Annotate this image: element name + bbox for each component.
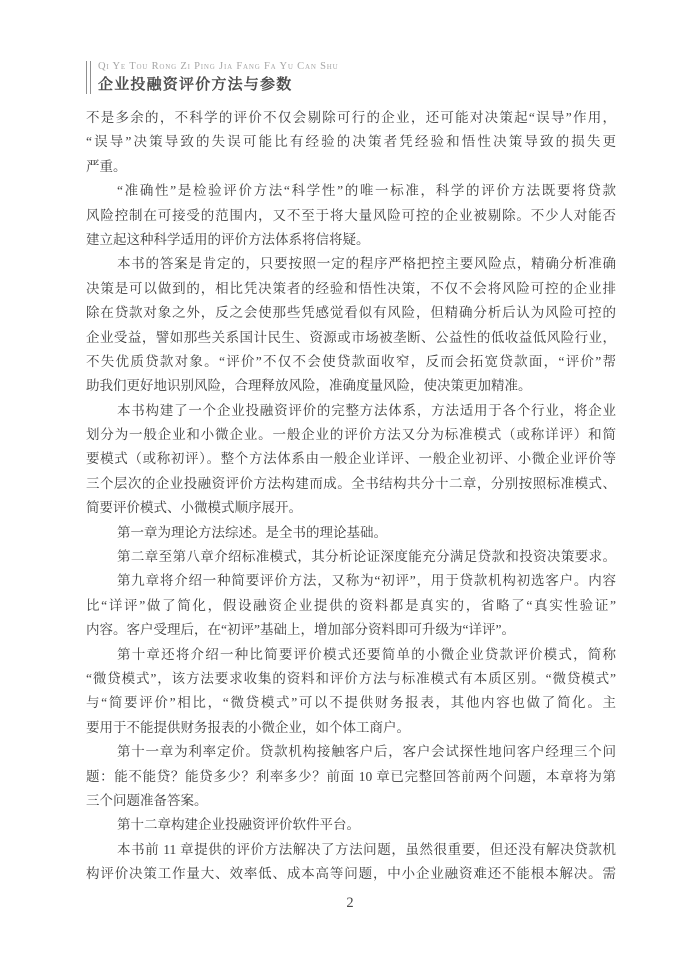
paragraph: 第一章为理论方法综述。是全书的理论基础。 [86,521,616,545]
text-line: 三个问题准备答案。 [86,789,616,813]
paragraph: “准确性”是检验评价方法“科学性”的唯一标准，科学的评价方法既要将贷款 风险控制… [86,179,616,252]
page-number: 2 [0,892,700,914]
text-line: 不是多余的，不科学的评价不仅会剔除可行的企业，还可能对决策起“误导”作用， [86,106,616,130]
text-line: “微贷模式”，该方法要求收集的资料和评价方法与标准模式有本质区别。“微贷模式” [86,667,616,691]
text-line: 第十一章为利率定价。贷款机构接触客户后，客户会试探性地问客户经理三个问 [86,740,616,764]
book-title: 企业投融资评价方法与参数 [98,75,338,94]
text-line: 内容。客户受理后，在“初评”基础上，增加部分资料即可升级为“详评”。 [86,618,616,642]
text-line: 第二章至第八章介绍标准模式，其分析论证深度能充分满足贷款和投资决策要求。 [86,545,616,569]
paragraph: 不是多余的，不科学的评价不仅会剔除可行的企业，还可能对决策起“误导”作用， “误… [86,106,616,179]
paragraph: 本书前 11 章提供的评价方法解决了方法问题，虽然很重要，但还没有解决贷款机 构… [86,838,616,887]
text-line: 企业受益，譬如那些关系国计民生、资源或市场被垄断、公益性的低收益低风险行业， [86,326,616,350]
text-line: 本书前 11 章提供的评价方法解决了方法问题，虽然很重要，但还没有解决贷款机 [86,838,616,862]
book-page: Qi Ye Tou Rong Zi Ping Jia Fang Fa Yu Ca… [0,0,700,979]
text-line: 本书的答案是肯定的，只要按照一定的程序严格把控主要风险点，精确分析准确 [86,252,616,276]
text-line: 构评价决策工作量大、效率低、成本高等问题，中小企业融资难还不能根本解决。需 [86,862,616,886]
text-line: 划分为一般企业和小微企业。一般企业的评价方法又分为标准模式（或称详评）和简 [86,423,616,447]
text-line: 与“简要评价”相比，“微贷模式”可以不提供财务报表，其他内容也做了简化。主 [86,691,616,715]
text-line: 题：能不能贷？能贷多少？利率多少？前面 10 章已完整回答前两个问题，本章将为第 [86,765,616,789]
series-pinyin: Qi Ye Tou Rong Zi Ping Jia Fang Fa Yu Ca… [98,61,338,73]
text-line: 要模式（或称初评）。整个方法体系由一般企业详评、一般企业初评、小微企业评价等 [86,447,616,471]
text-line: 第十章还将介绍一种比简要评价模式还要简单的小微企业贷款评价模式，简称 [86,643,616,667]
text-line: 本书构建了一个企业投融资评价的完整方法体系，方法适用于各个行业，将企业 [86,399,616,423]
text-line: 风险控制在可接受的范围内，又不至于将大量风险可控的企业被剔除。不少人对能否 [86,204,616,228]
text-line: 决策是可以做到的，相比凭决策者的经验和悟性决策，不仅不会将风险可控的企业排 [86,277,616,301]
page-body: 不是多余的，不科学的评价不仅会剔除可行的企业，还可能对决策起“误导”作用， “误… [86,106,616,887]
header-double-rule-icon [86,61,91,94]
paragraph: 第十二章构建企业投融资评价软件平台。 [86,813,616,837]
text-line: 第十二章构建企业投融资评价软件平台。 [86,813,616,837]
text-line: 比“详评”做了简化，假设融资企业提供的资料都是真实的，省略了“真实性验证” [86,594,616,618]
text-line: 助我们更好地识别风险，合理释放风险，准确度量风险，使决策更加精准。 [86,374,616,398]
text-line: 建立起这种科学适用的评价方法体系将信将疑。 [86,228,616,252]
text-line: 第九章将介绍一种简要评价方法，又称为“初评”，用于贷款机构初选客户。内容 [86,569,616,593]
text-line: “准确性”是检验评价方法“科学性”的唯一标准，科学的评价方法既要将贷款 [86,179,616,203]
paragraph: 本书构建了一个企业投融资评价的完整方法体系，方法适用于各个行业，将企业 划分为一… [86,399,616,521]
paragraph: 第二章至第八章介绍标准模式，其分析论证深度能充分满足贷款和投资决策要求。 [86,545,616,569]
page-header: Qi Ye Tou Rong Zi Ping Jia Fang Fa Yu Ca… [86,61,338,94]
paragraph: 第十章还将介绍一种比简要评价模式还要简单的小微企业贷款评价模式，简称 “微贷模式… [86,643,616,741]
text-line: 简要评价模式、小微模式顺序展开。 [86,496,616,520]
text-line: “误导”决策导致的失误可能比有经验的决策者凭经验和悟性决策导致的损失更 [86,130,616,154]
text-line: 不失优质贷款对象。“评价”不仅不会使贷款面收窄，反而会拓宽贷款面，“评价”帮 [86,350,616,374]
paragraph: 本书的答案是肯定的，只要按照一定的程序严格把控主要风险点，精确分析准确 决策是可… [86,252,616,398]
text-line: 严重。 [86,155,616,179]
text-line: 第一章为理论方法综述。是全书的理论基础。 [86,521,616,545]
paragraph: 第九章将介绍一种简要评价方法，又称为“初评”，用于贷款机构初选客户。内容 比“详… [86,569,616,642]
text-line: 三个层次的企业投融资评价方法构建而成。全书结构共分十二章，分别按照标准模式、 [86,472,616,496]
text-line: 除在贷款对象之外，反之会使那些凭感觉看似有风险，但精确分析后认为风险可控的 [86,301,616,325]
header-text-block: Qi Ye Tou Rong Zi Ping Jia Fang Fa Yu Ca… [98,61,338,94]
text-line: 要用于不能提供财务报表的小微企业，如个体工商户。 [86,716,616,740]
paragraph: 第十一章为利率定价。贷款机构接触客户后，客户会试探性地问客户经理三个问 题：能不… [86,740,616,813]
